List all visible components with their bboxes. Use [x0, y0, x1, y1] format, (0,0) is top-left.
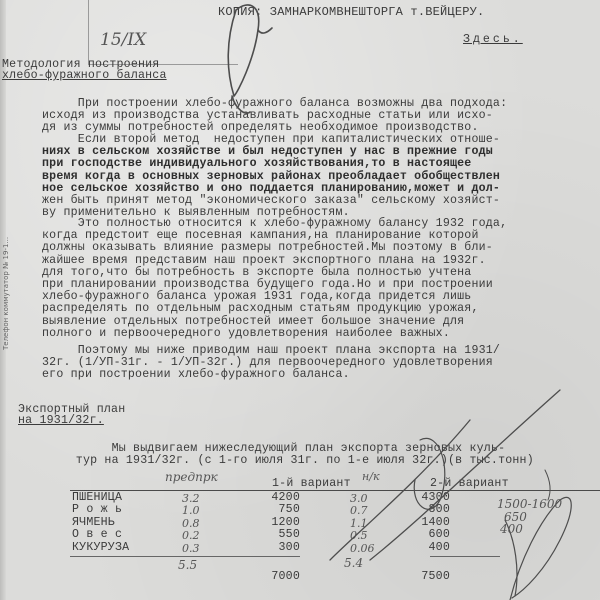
table-total-rule	[70, 556, 300, 557]
stamp-frame-line	[88, 0, 89, 65]
handwritten-value-b: 1.1	[350, 517, 368, 530]
paragraph-line: 32г. (1/УП-31г. - 1/УП-32г.) для первооч…	[42, 357, 493, 369]
section-title-line2: хлебо-фуражного баланса	[2, 70, 167, 82]
paragraph-line: выявление отдельных потребностей имеет б…	[42, 316, 464, 328]
paragraph-line: при планировании производства будущего г…	[42, 279, 493, 291]
handwritten-value-b: 0.7	[350, 504, 368, 517]
variant-1-value: 750	[254, 504, 300, 516]
handwritten-value-b: 0.06	[350, 542, 375, 555]
handwritten-note-barley: 1500-1600	[497, 497, 562, 511]
handwritten-total-b: 5.4	[344, 556, 363, 570]
margin-stamp: Телефон коммутатор № 19-1...	[2, 237, 10, 350]
handwritten-value-a: 0.2	[182, 529, 200, 542]
paragraph-line: Поэтому мы ниже приводим наш проект план…	[42, 345, 500, 357]
handwritten-value-a: 0.3	[182, 542, 200, 555]
paragraph-line: ниях в сельском хозяйстве и был недоступ…	[42, 146, 493, 158]
handwritten-total-a: 5.5	[178, 558, 197, 572]
total-variant-2: 7500	[404, 571, 450, 583]
paragraph-line: исходя из производства устанавливать рас…	[42, 110, 493, 122]
variant-2-value: 600	[404, 529, 450, 541]
column-header-variant-1: 1-й вариант	[272, 478, 351, 490]
paragraph-line: его при построении хлебо-фуражного балан…	[42, 369, 350, 381]
variant-1-value: 4200	[254, 492, 300, 504]
paragraph-line: хлебо-фуражного баланса урожая 1931 года…	[42, 291, 471, 303]
variant-2-value: 4300	[404, 492, 450, 504]
handwritten-value-b: 0.5	[350, 529, 368, 542]
variant-2-value: 400	[404, 542, 450, 554]
handwritten-value-b: 3.0	[350, 492, 368, 505]
crop-name: О в е с	[72, 529, 122, 541]
crop-name: ПШЕНИЦА	[72, 492, 122, 504]
variant-1-value: 1200	[254, 517, 300, 529]
table-total-rule-2	[430, 556, 500, 557]
paragraph-line: жен быть принят метод "экономического за…	[42, 195, 500, 207]
paragraph-line: время когда в основных зерновых районах …	[42, 171, 500, 183]
paragraph-line: полного и первоочередного удовлетворения…	[42, 328, 450, 340]
paragraph-line: жайшее время представим наш проект экспо…	[42, 255, 486, 267]
column-header-variant-2: 2-й вариант	[430, 478, 509, 490]
variant-1-value: 550	[254, 529, 300, 541]
paragraph-line: Это полностью относится к хлебо-фуражном…	[42, 218, 507, 230]
paragraph-line: должны оказывать влияние размеры потребн…	[42, 242, 493, 254]
handwritten-reference: 15/IX	[100, 30, 146, 50]
crop-name: ЯЧМЕНЬ	[72, 517, 115, 529]
handwritten-value-a: 3.2	[182, 492, 200, 505]
crop-name: Р о ж ь	[72, 504, 122, 516]
handwritten-column-header: предпрк	[165, 470, 218, 484]
handwritten-column-header-2: н/к	[362, 470, 380, 483]
scanned-document-page: КОПИЯ: ЗАМНАРКОМВНЕШТОРГА т.ВЕЙЦЕРУ. Зде…	[0, 0, 600, 600]
variant-2-value: 800	[404, 504, 450, 516]
subsection-title-line2: на 1931/32г.	[18, 415, 104, 427]
total-variant-1: 7000	[254, 571, 300, 583]
paragraph-line: когда предстоит еще посевная кампания,на…	[42, 230, 479, 242]
paragraph-line: ное сельское хозяйство и оно поддается п…	[42, 183, 500, 195]
paragraph-line: при господстве индивидуального хозяйство…	[42, 158, 471, 170]
table-header-rule	[70, 490, 600, 491]
plan-intro-line: тур на 1931/32г. (с 1-го июля 31г. по 1-…	[40, 455, 534, 467]
handwritten-value-a: 0.8	[182, 517, 200, 530]
variant-2-value: 1400	[404, 517, 450, 529]
paragraph-line: для того,что бы потребность в экспорте б…	[42, 267, 471, 279]
paragraph-line: Если второй метод недоступен при капитал…	[42, 134, 500, 146]
variant-1-value: 300	[254, 542, 300, 554]
handwritten-value-a: 1.0	[182, 504, 200, 517]
address-line: КОПИЯ: ЗАМНАРКОМВНЕШТОРГА т.ВЕЙЦЕРУ.	[218, 6, 484, 18]
handwritten-note-corn: 400	[500, 522, 523, 536]
paragraph-line: распределять по отдельным расходным стат…	[42, 303, 479, 315]
crop-name: КУКУРУЗА	[72, 542, 129, 554]
paragraph-line: При построении хлебо-фуражного баланса в…	[42, 98, 507, 110]
location-line: Здесь.	[463, 34, 523, 46]
